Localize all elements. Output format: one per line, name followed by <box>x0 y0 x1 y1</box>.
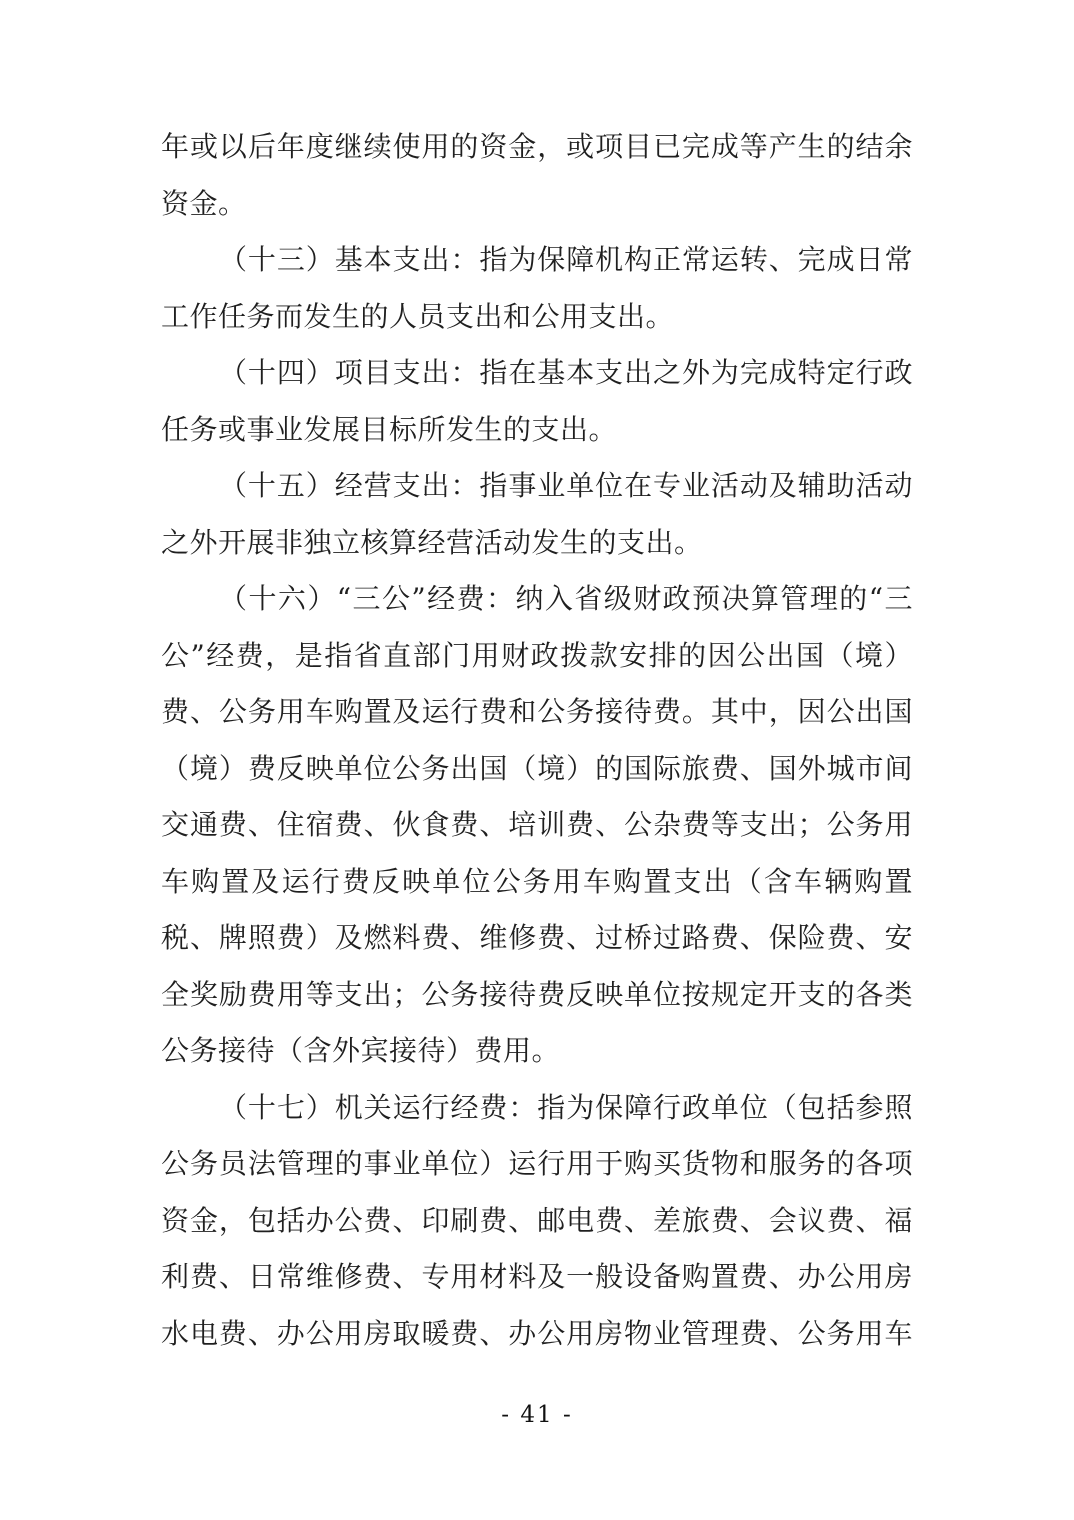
text-line: 交通费、住宿费、伙食费、培训费、公杂费等支出；公务用 <box>161 797 913 854</box>
page-number: - 41 - <box>501 1402 572 1428</box>
text-line: 资金。 <box>161 176 913 233</box>
document-page: 年或以后年度继续使用的资金，或项目已完成等产生的结余 资金。 （十三）基本支出：… <box>0 0 1074 1520</box>
text-line: （十四）项目支出：指在基本支出之外为完成特定行政 <box>161 345 913 402</box>
text-line: 利费、日常维修费、专用材料及一般设备购置费、办公用房 <box>161 1249 913 1306</box>
text-line: 费、公务用车购置及运行费和公务接待费。其中，因公出国 <box>161 684 913 741</box>
text-line: 年或以后年度继续使用的资金，或项目已完成等产生的结余 <box>161 119 913 176</box>
text-line: 公务接待（含外宾接待）费用。 <box>161 1023 913 1080</box>
text-line: 之外开展非独立核算经营活动发生的支出。 <box>161 515 913 572</box>
text-line: 任务或事业发展目标所发生的支出。 <box>161 402 913 459</box>
page-footer: - 41 - <box>0 1402 1074 1428</box>
text-line: 公务员法管理的事业单位）运行用于购买货物和服务的各项 <box>161 1136 913 1193</box>
text-line: 车购置及运行费反映单位公务用车购置支出（含车辆购置 <box>161 854 913 911</box>
text-line: （十七）机关运行经费：指为保障行政单位（包括参照 <box>161 1080 913 1137</box>
text-line: 水电费、办公用房取暖费、办公用房物业管理费、公务用车 <box>161 1306 913 1363</box>
body-text: 年或以后年度继续使用的资金，或项目已完成等产生的结余 资金。 （十三）基本支出：… <box>161 119 913 1362</box>
text-line: 税、牌照费）及燃料费、维修费、过桥过路费、保险费、安 <box>161 910 913 967</box>
text-line: （境）费反映单位公务出国（境）的国际旅费、国外城市间 <box>161 741 913 798</box>
text-line: 工作任务而发生的人员支出和公用支出。 <box>161 289 913 346</box>
text-line: （十六）“三公”经费：纳入省级财政预决算管理的“三 <box>161 571 913 628</box>
text-line: 公”经费，是指省直部门用财政拨款安排的因公出国（境） <box>161 628 913 685</box>
text-line: 全奖励费用等支出；公务接待费反映单位按规定开支的各类 <box>161 967 913 1024</box>
text-line: （十五）经营支出：指事业单位在专业活动及辅助活动 <box>161 458 913 515</box>
text-line: 资金，包括办公费、印刷费、邮电费、差旅费、会议费、福 <box>161 1193 913 1250</box>
text-line: （十三）基本支出：指为保障机构正常运转、完成日常 <box>161 232 913 289</box>
